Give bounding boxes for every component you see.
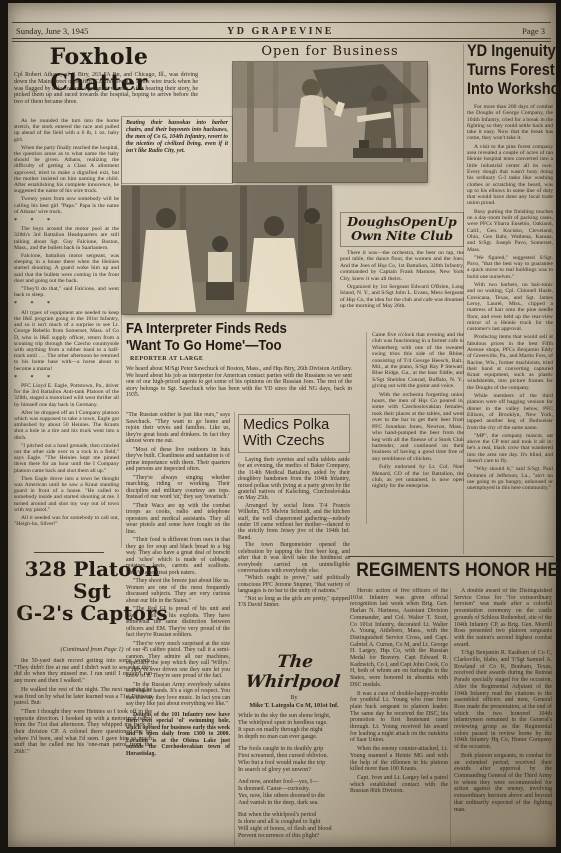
article-paragraph: Arranged by social lions T/4 Francis Wil… bbox=[238, 503, 350, 541]
article-paragraph: Busy putting the finishing touches on a … bbox=[467, 209, 553, 253]
article-paragraph: "Their food is different from ours in th… bbox=[126, 537, 230, 576]
doughs-nite-club-article: DoughsOpenUp Own Nite Club There it was—… bbox=[340, 212, 464, 330]
newspaper-scan-page: { "colors": { "paper": "#d6ccb9", "ink":… bbox=[0, 0, 561, 853]
article-paragraph: As he rounded the turn into the home str… bbox=[14, 118, 119, 143]
headline-line: DoughsOpenUp bbox=[344, 215, 460, 229]
star-separator: * * * bbox=[14, 218, 119, 224]
foxhole-article-body: As he rounded the turn into the home str… bbox=[14, 118, 119, 550]
masthead-title: YD GRAPEVINE bbox=[0, 26, 561, 37]
column-divider bbox=[121, 118, 122, 548]
article-paragraph: Organized by 1st Sergeant Edward O'Brien… bbox=[340, 284, 464, 310]
poem-stanza: While in the sky the sun shone bright, T… bbox=[238, 713, 350, 741]
medics-polka-article: Medics Polka With Czechs Laying their sy… bbox=[238, 414, 350, 648]
article-paragraph: All it needed was for somebody to call o… bbox=[14, 515, 119, 527]
star-separator: * * * bbox=[14, 301, 119, 307]
article-paragraph: "Not so long as the girls are pretty," q… bbox=[238, 596, 350, 609]
photo-caption-box: Beating their bazookas into barber chair… bbox=[121, 116, 233, 184]
article-paragraph: The town Burgomeister opened the celebra… bbox=[238, 542, 350, 574]
headline-line: With Czechs bbox=[243, 434, 345, 450]
headline-line: Medics Polka bbox=[243, 418, 345, 434]
fa-article-body: "The Russian soldier is just like ours,"… bbox=[126, 412, 230, 848]
article-paragraph: "They're always singing whether marching… bbox=[126, 475, 230, 501]
headline-line: Turns Forest bbox=[467, 61, 561, 80]
foxhole-lede-paragraph: Cpl Robert Athans, of C Btry, 263 FA Bn,… bbox=[14, 72, 198, 106]
article-paragraph: Fully endorsed by Lt. Col. Noel Menard, … bbox=[372, 464, 464, 490]
regiments-column-2: A double award of the Distinguished Serv… bbox=[454, 588, 552, 848]
article-paragraph: A double award of the Distinguished Serv… bbox=[454, 588, 552, 648]
article-paragraph: Laying their syrettes and sulfa tablets … bbox=[238, 457, 350, 502]
swimming-hole-note: Doughs of the 101 Infantry now have thei… bbox=[126, 712, 230, 758]
regiments-column-1: Heroic action of five officers of the 10… bbox=[350, 588, 448, 848]
article-paragraph: After he dropped off an I Company platoo… bbox=[14, 410, 119, 441]
article-paragraph: "Which ought to prove," said politically… bbox=[238, 575, 350, 594]
article-paragraph: The boys around the motor pool at the 32… bbox=[14, 226, 119, 251]
article-paragraph: Falcione, battalion motor sergeant, was … bbox=[14, 253, 119, 284]
article-paragraph: "I pitched out a hand grenade, then craw… bbox=[14, 443, 119, 474]
whirlpool-poem-section: The Whirlpool By Mike T. Lategola Co M, … bbox=[238, 652, 350, 845]
headline-line: Into Workshop bbox=[467, 80, 561, 99]
article-paragraph: It was a case of double-happy-trouble fo… bbox=[350, 691, 448, 745]
yd-ingenuity-headline: YD Ingenuity Turns Forest Into Workshop bbox=[467, 42, 561, 99]
article-paragraph: All types of equipment are needed to kee… bbox=[14, 310, 119, 372]
yd-ingenuity-article-body: For more than 200 days of combat the Dou… bbox=[467, 104, 553, 554]
article-paragraph: "They're very much surprised at the size… bbox=[126, 641, 230, 680]
article-paragraph: "Most of these live outdoors in huts the… bbox=[126, 447, 230, 473]
end-of-article-rule bbox=[34, 552, 104, 553]
article-paragraph: "Their Wacs are up with the combat troop… bbox=[126, 503, 230, 536]
whirlpool-byline: Mike T. Lategola Co M, 101st Inf. bbox=[238, 702, 350, 709]
fa-lede-paragraph: We heard about M/Sgt Peter Sawchuck of B… bbox=[126, 366, 352, 399]
reporter-at-large-kicker: REPORTER AT LARGE bbox=[130, 356, 203, 362]
masthead-page-number: Page 3 bbox=[522, 26, 545, 36]
column-divider bbox=[463, 44, 464, 554]
doughs-article-body: There it was—the orchestra, the beer on … bbox=[340, 250, 464, 310]
article-paragraph: Then Eagle drove into a town he thought … bbox=[14, 476, 119, 513]
star-separator: * * * bbox=[14, 375, 119, 381]
article-paragraph: When the party finally reached the hospi… bbox=[14, 145, 119, 195]
article-paragraph: "We figured," suggested S/Sgt. Pavo, "th… bbox=[467, 255, 553, 280]
article-paragraph: "They shoot the breeze just about like u… bbox=[126, 578, 230, 604]
column-divider bbox=[234, 412, 235, 848]
column-divider bbox=[450, 588, 451, 848]
article-paragraph: "MP", the company mascot, sat above the … bbox=[467, 433, 553, 464]
article-paragraph: With two barbers, no hair-tonic and no w… bbox=[467, 282, 553, 332]
headline-line: 'Want To Go Home'—Too bbox=[126, 337, 287, 354]
article-paragraph: "They'll do that," said Falcione, and we… bbox=[14, 286, 119, 298]
article-paragraph: Producing items that would sell at fabul… bbox=[467, 334, 553, 391]
headline-line: Own Nite Club bbox=[344, 229, 460, 243]
page-content: Sunday, June 3, 1945 YD GRAPEVINE Page 3… bbox=[0, 0, 561, 853]
regiments-top-rule bbox=[348, 556, 554, 557]
article-paragraph: Came five o'clock that evening and the c… bbox=[372, 332, 464, 390]
article-paragraph: With the orchestra forgetting union hour… bbox=[372, 392, 464, 462]
open-for-business-title: Open for Business bbox=[230, 44, 430, 59]
article-paragraph: "In the Russian Army everybody salutes a… bbox=[126, 682, 230, 708]
fa-interpreter-headline: FA Interpreter Finds Reds 'Want To Go Ho… bbox=[126, 320, 287, 354]
article-paragraph: "The Russian soldier is just like ours,"… bbox=[126, 412, 230, 445]
article-paragraph: Heroic action of five officers of the 10… bbox=[350, 588, 448, 689]
article-paragraph: T/Sgt Benjamin R. Eastburn of Co C, Clar… bbox=[454, 650, 552, 751]
poem-stanza: The fools caught in its deathly grip Fir… bbox=[238, 746, 350, 774]
masthead-top-rule bbox=[12, 22, 551, 23]
shaving-photo bbox=[233, 62, 427, 182]
column-divider bbox=[366, 332, 367, 524]
whirlpool-by-label: By bbox=[238, 695, 350, 701]
doughs-article-continuation: Came five o'clock that evening and the c… bbox=[372, 332, 464, 524]
article-paragraph: When the enemy counter-attacked, Lt. You… bbox=[350, 746, 448, 773]
poem-stanza: But when the whirlpool's period Is done … bbox=[238, 812, 350, 840]
article-paragraph: "Why should it," said S/Sgt. Paul Dohmen… bbox=[467, 466, 553, 491]
barber-photo-illustration bbox=[122, 186, 331, 314]
headline-line: YD Ingenuity bbox=[467, 42, 561, 61]
headline-line: FA Interpreter Finds Reds bbox=[126, 320, 287, 337]
medics-article-body: Laying their syrettes and sulfa tablets … bbox=[238, 457, 350, 608]
article-paragraph: "The Red GI is proud of his unit and lik… bbox=[126, 606, 230, 639]
barber-photo bbox=[122, 186, 331, 314]
shaving-photo-illustration bbox=[233, 62, 427, 182]
masthead-bottom-rule-1 bbox=[12, 38, 551, 39]
medics-polka-headline: Medics Polka With Czechs bbox=[238, 414, 350, 453]
article-paragraph: Twenty years from now somebody will be c… bbox=[14, 196, 119, 215]
poem-stanza: And now, another fool—yes, I— Is doomed.… bbox=[238, 779, 350, 807]
article-paragraph: For more than 200 days of combat the Dou… bbox=[467, 104, 553, 142]
article-paragraph: PFC Lloyd E. Eagle, Pottstown, Pa., driv… bbox=[14, 383, 119, 408]
whirlpool-title: The Whirlpool bbox=[236, 652, 352, 692]
article-paragraph: Capt. Ivon and Lt. Largey led a patrol w… bbox=[350, 775, 448, 795]
regiments-honor-heroes-headline: REGIMENTS HONOR HEROES bbox=[356, 560, 546, 582]
article-paragraph: While members of the third platoon were … bbox=[467, 393, 553, 431]
article-paragraph: Both platoon sergeants, in combat for an… bbox=[454, 753, 552, 813]
article-paragraph: A visit to the pine forest company area … bbox=[467, 144, 553, 207]
doughs-nite-club-headline: DoughsOpenUp Own Nite Club bbox=[340, 212, 464, 247]
article-paragraph: There it was—the orchestra, the beer on … bbox=[340, 250, 464, 282]
